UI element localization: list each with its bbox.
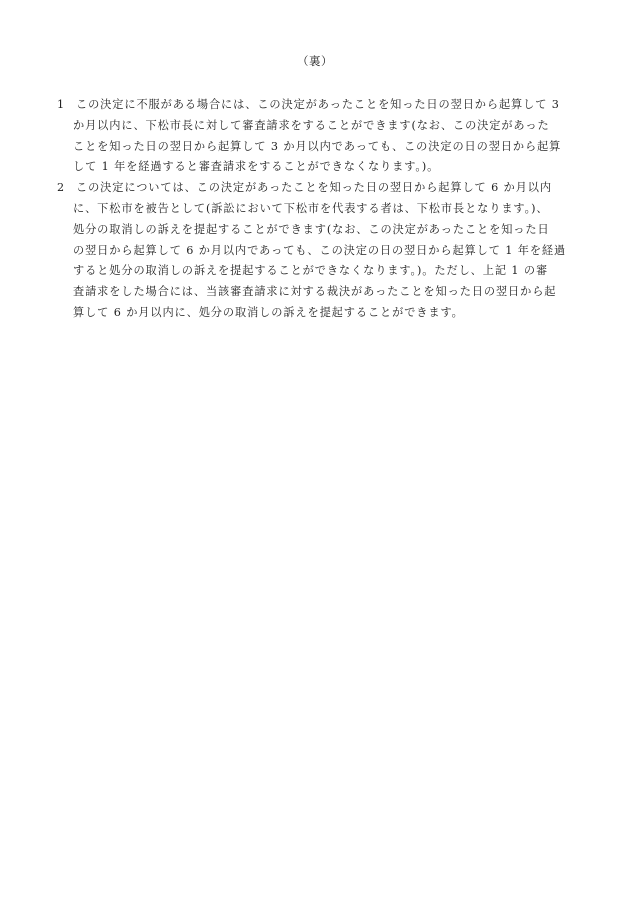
text-line: して 1 年を経過すると審査請求をすることができなくなります。)。 [57,157,587,178]
item-text-line: ことを知った日の翌日から起算して 3 か月以内であっても、この決定の日の翌日から… [73,137,561,158]
appeal-instructions-list: 1 この決定に不服がある場合には、この決定があったことを知った日の翌日から起算し… [57,95,587,324]
item-number: 2 [57,178,65,199]
text-line: の翌日から起算して 6 か月以内であっても、この決定の日の翌日から起算して 1 … [57,241,587,262]
text-line: すると処分の取消しの訴えを提起することができなくなります。)。ただし、上記 1 … [57,261,587,282]
list-item-2: 2 この決定については、この決定があったことを知った日の翌日から起算して 6 か… [57,178,587,324]
item-text-line: 算して 6 か月以内に、処分の取消しの訴えを提起することができます。 [73,303,464,324]
text-line: 処分の取消しの訴えを提起することができます(なお、この決定があったことを知った日 [57,220,587,241]
text-line: 算して 6 か月以内に、処分の取消しの訴えを提起することができます。 [57,303,587,324]
item-text-line: 処分の取消しの訴えを提起することができます(なお、この決定があったことを知った日 [73,220,550,241]
text-line: ことを知った日の翌日から起算して 3 か月以内であっても、この決定の日の翌日から… [57,137,587,158]
page-heading: （裏） [0,53,630,69]
item-text-line: この決定については、この決定があったことを知った日の翌日から起算して 6 か月以… [76,178,552,199]
item-text-line: に、下松市を被告として(訴訟において下松市を代表する者は、下松市長となります。)… [73,199,548,220]
item-text-line: 査請求をした場合には、当該審査請求に対する裁決があったことを知った日の翌日から起 [73,282,556,303]
item-text-line: して 1 年を経過すると審査請求をすることができなくなります。)。 [73,157,439,178]
text-line: 1 この決定に不服がある場合には、この決定があったことを知った日の翌日から起算し… [57,95,587,116]
text-line: か月以内に、下松市長に対して審査請求をすることができます(なお、この決定があった [57,116,587,137]
text-line: 2 この決定については、この決定があったことを知った日の翌日から起算して 6 か… [57,178,587,199]
item-text-line: この決定に不服がある場合には、この決定があったことを知った日の翌日から起算して … [76,95,560,116]
item-text-line: の翌日から起算して 6 か月以内であっても、この決定の日の翌日から起算して 1 … [73,241,566,262]
item-text-line: か月以内に、下松市長に対して審査請求をすることができます(なお、この決定があった [73,116,550,137]
list-item-1: 1 この決定に不服がある場合には、この決定があったことを知った日の翌日から起算し… [57,95,587,178]
text-line: に、下松市を被告として(訴訟において下松市を代表する者は、下松市長となります。)… [57,199,587,220]
text-line: 査請求をした場合には、当該審査請求に対する裁決があったことを知った日の翌日から起 [57,282,587,303]
item-text-line: すると処分の取消しの訴えを提起することができなくなります。)。ただし、上記 1 … [73,261,548,282]
item-number: 1 [57,95,65,116]
